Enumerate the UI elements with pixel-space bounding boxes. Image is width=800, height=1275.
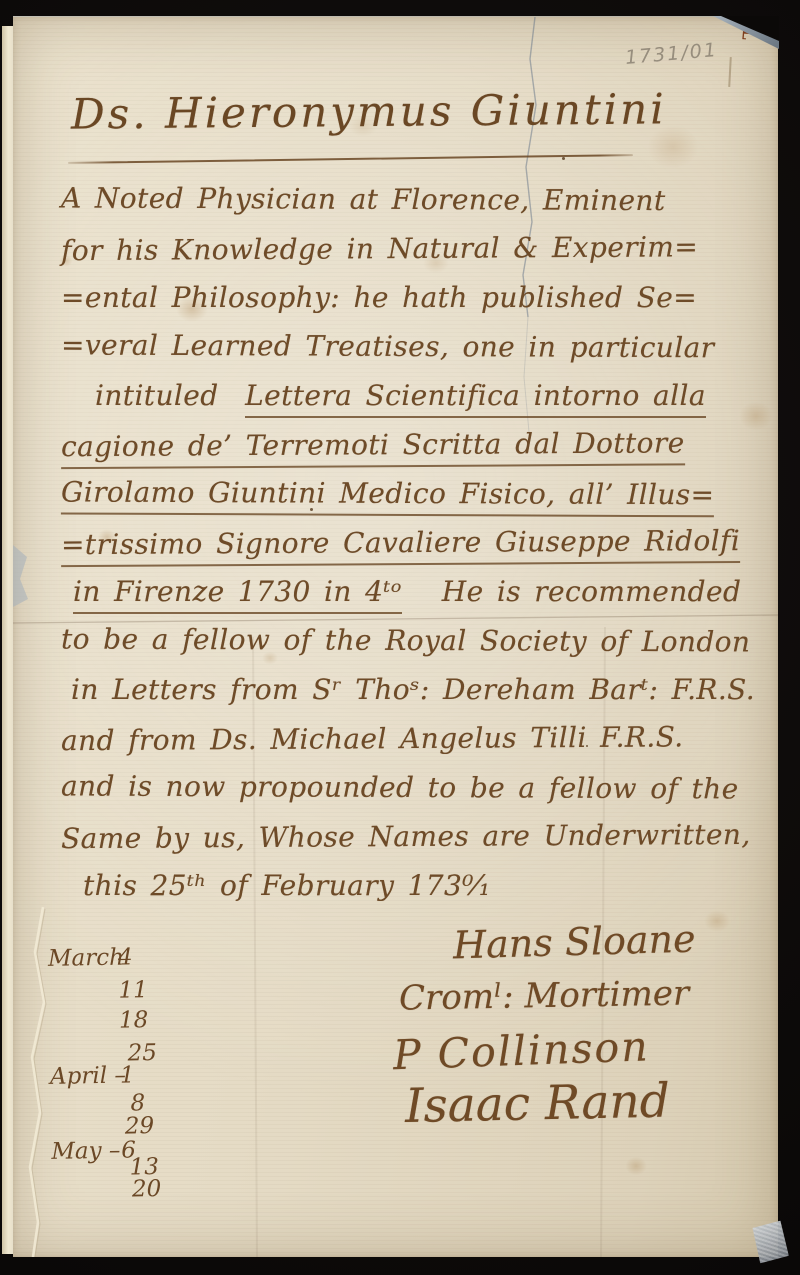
month-label xyxy=(52,1197,122,1198)
underlined-segment: Girolamo Giuntini Medico Fisico, all’ Il… xyxy=(61,475,715,517)
day-value: 11 xyxy=(118,977,148,1004)
foxing-stain xyxy=(621,1153,651,1179)
text-segment: =ental Philosophy: he hath published Se= xyxy=(61,281,697,314)
day-value: 20 xyxy=(132,1176,162,1203)
margin-date-row: 20 xyxy=(52,1176,152,1207)
text-line: intituled Lettera Scientifica intorno al… xyxy=(61,371,773,420)
photograph-background: 1731/01 L Ds. Hieronymus Giuntini A Note… xyxy=(0,0,800,1275)
month-label: April – xyxy=(50,1063,120,1090)
manuscript-page: 1731/01 L Ds. Hieronymus Giuntini A Note… xyxy=(13,16,778,1257)
signature: Hans Sloane xyxy=(452,912,696,973)
month-label xyxy=(51,1111,121,1112)
text-segment: to be a fellow of the Royal Society of L… xyxy=(61,622,751,658)
foxing-stain xyxy=(699,906,735,936)
text-line: Same by us, Whose Names are Underwritten… xyxy=(61,810,773,863)
day-value: 25 xyxy=(127,1040,157,1067)
text-line: and from Ds. Michael Angelus Tilli F.R.S… xyxy=(61,712,773,765)
text-line: =veral Learned Treatises, one in particu… xyxy=(61,320,773,372)
margin-date-row: 18 xyxy=(49,1007,149,1042)
text-line: to be a fellow of the Royal Society of L… xyxy=(61,614,773,666)
text-segment: A Noted Physician at Florence, Eminent xyxy=(61,181,666,217)
day-value: 29 xyxy=(125,1113,155,1140)
text-line: in Firenze 1730 in 4ᵗᵒ He is recommended xyxy=(61,567,773,616)
archival-reference: 1731/01 xyxy=(624,39,719,69)
text-line: and is now propounded to be a fellow of … xyxy=(61,761,773,813)
text-segment: and from Ds. Michael Angelus Tilli F.R.S… xyxy=(61,720,684,757)
month-label xyxy=(50,1061,120,1062)
text-line: this 25ᵗʰ of February 173⁰⁄₁ xyxy=(61,861,773,910)
text-line: for his Knowledge in Natural & Experim= xyxy=(61,222,773,275)
margin-date-row: 8 xyxy=(50,1090,150,1115)
margin-dates: March4111825April –1829May –61320 xyxy=(48,944,152,1207)
left-tear xyxy=(30,907,44,1257)
month-label xyxy=(52,1175,122,1176)
text-line: A Noted Physician at Florence, Eminent xyxy=(61,173,773,225)
month-label xyxy=(49,998,119,999)
day-value: 4 xyxy=(118,944,133,970)
margin-date-row: May –6 xyxy=(51,1137,151,1156)
title-underline xyxy=(68,154,633,164)
month-label: March xyxy=(48,945,118,972)
text-segment: He is recommended xyxy=(402,575,741,608)
signature: Cromˡ: Mortimer xyxy=(399,966,696,1025)
left-notch xyxy=(13,545,28,607)
underlined-segment: in Firenze 1730 in 4ᵗᵒ xyxy=(73,575,402,614)
text-segment: in Letters from Sʳ Thoˢ: Dereham Barᵗ: F… xyxy=(71,673,755,706)
month-label xyxy=(49,1028,119,1029)
signature: Isaac Rand xyxy=(404,1074,696,1134)
margin-date-row: 29 xyxy=(51,1113,151,1139)
pencil-tick xyxy=(728,57,732,87)
text-segment: for his Knowledge in Natural & Experim= xyxy=(61,230,698,267)
margin-date-row: 13 xyxy=(51,1154,151,1178)
margin-date-row: 11 xyxy=(48,977,148,1009)
text-segment: intituled xyxy=(95,379,245,412)
signature: P Collinson xyxy=(392,1018,696,1083)
day-value: 18 xyxy=(119,1007,149,1034)
ink-fleck xyxy=(562,157,565,160)
page-title: Ds. Hieronymus Giuntini xyxy=(71,84,667,138)
underlined-segment: =trissimo Signore Cavaliere Giuseppe Rid… xyxy=(61,524,740,567)
text-line: =ental Philosophy: he hath published Se= xyxy=(61,273,773,322)
text-segment: =veral Learned Treatises, one in particu… xyxy=(61,328,715,364)
text-line: cagione de’ Terremoti Scritta dal Dottor… xyxy=(61,418,773,471)
text-line: =trissimo Signore Cavaliere Giuseppe Rid… xyxy=(61,516,773,569)
month-label xyxy=(51,1134,121,1135)
document-lines: A Noted Physician at Florence, Eminentfo… xyxy=(61,175,773,910)
left-tear-shadow xyxy=(32,909,46,1257)
margin-date-row: March4 xyxy=(48,944,148,979)
text-line: in Letters from Sʳ Thoˢ: Dereham Barᵗ: F… xyxy=(61,665,773,714)
margin-date-row: 25 xyxy=(49,1040,149,1064)
text-line: Girolamo Giuntini Medico Fisico, all’ Il… xyxy=(61,467,773,519)
tape-fragment xyxy=(751,1220,790,1264)
margin-date-row: April –1 xyxy=(50,1062,150,1092)
underlined-segment: cagione de’ Terremoti Scritta dal Dottor… xyxy=(61,426,685,469)
underlined-segment: Lettera Scientifica intorno alla xyxy=(245,379,706,418)
text-segment: and is now propounded to be a fellow of … xyxy=(61,769,739,805)
text-segment: this 25ᵗʰ of February 173⁰⁄₁ xyxy=(83,869,491,902)
text-segment: Same by us, Whose Names are Underwritten… xyxy=(61,818,751,855)
signatures: Hans SloaneCromˡ: MortimerP CollinsonIsa… xyxy=(391,915,696,1131)
